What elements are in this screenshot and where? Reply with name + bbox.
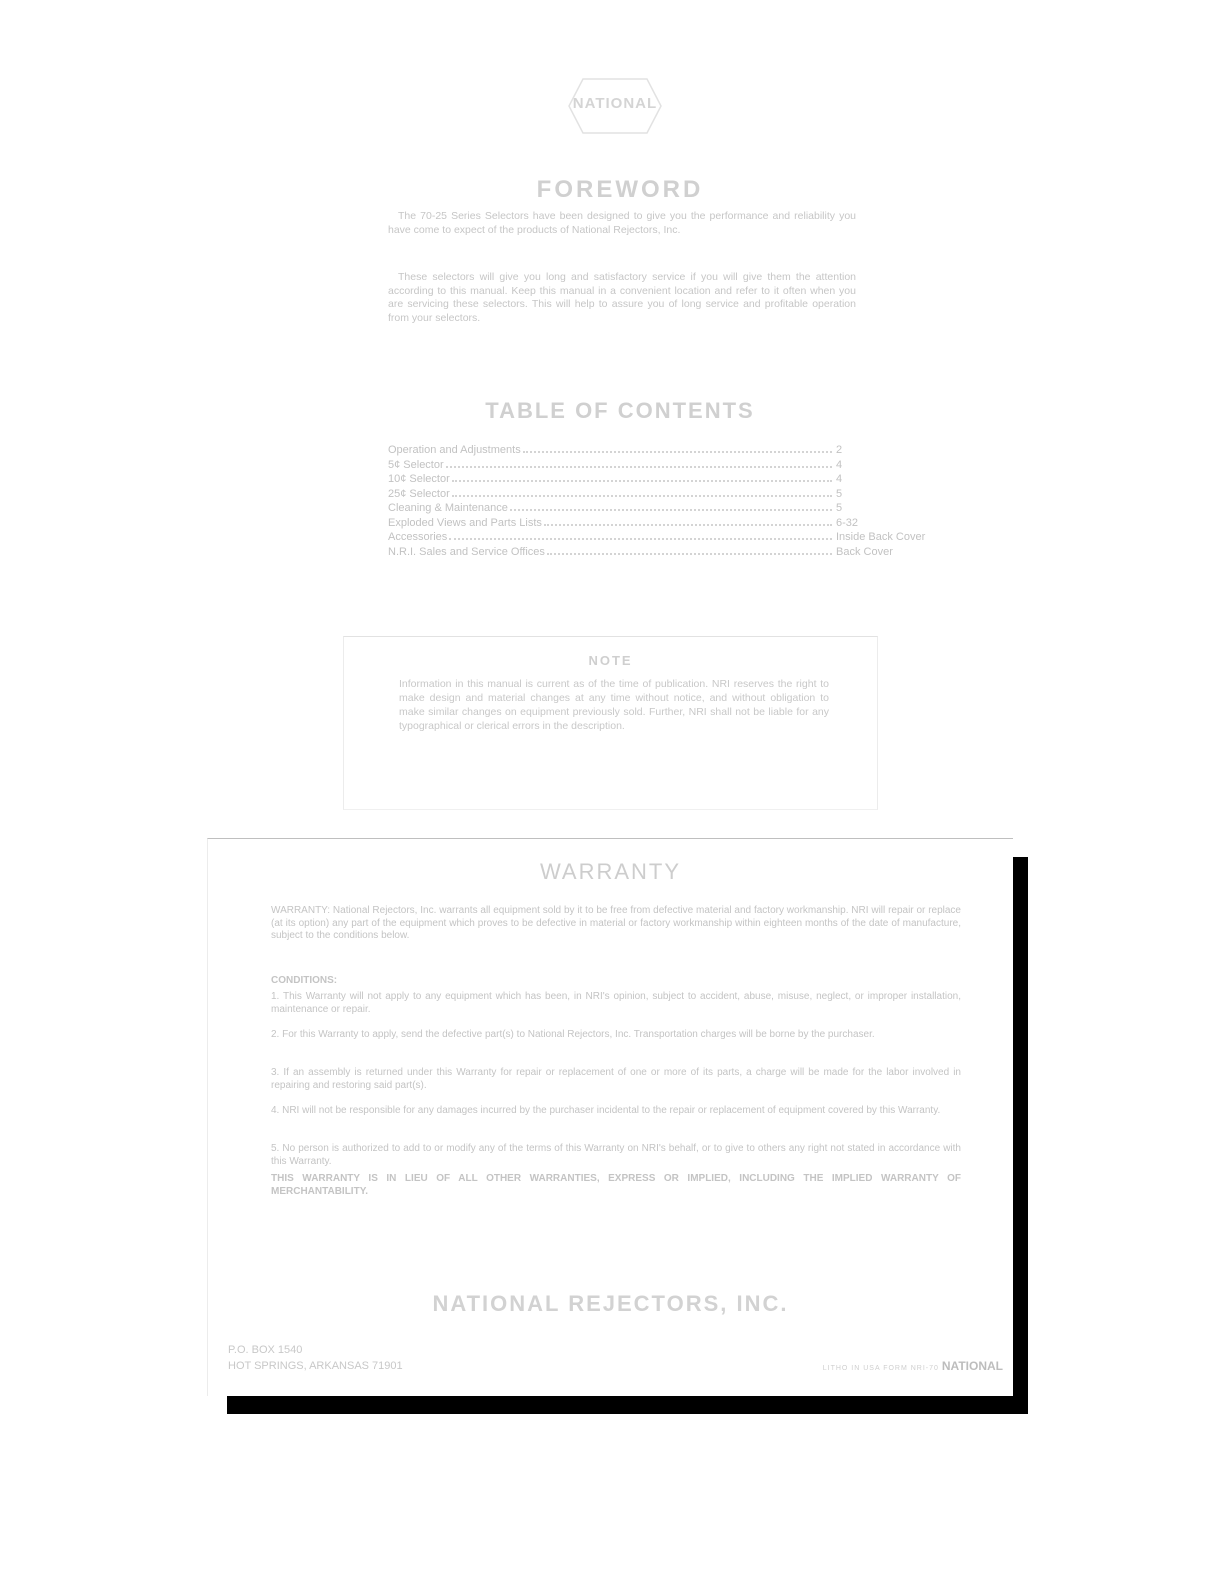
print-note: LITHO IN USA FORM NRI-70 NATIONAL [823, 1359, 1003, 1373]
toc-entry-label: Operation and Adjustments [388, 444, 521, 456]
warranty-title: WARRANTY [208, 859, 1013, 885]
toc-leader-dots [446, 459, 832, 468]
conditions-heading: CONDITIONS: [271, 975, 961, 988]
toc-entry: Exploded Views and Parts Lists6-32 [388, 516, 978, 531]
toc-leader-dots [523, 444, 832, 453]
logo-text: NATIONAL [565, 95, 665, 112]
toc-heading: TABLE OF CONTENTS [380, 398, 860, 424]
condition-5: 5. No person is authorized to add to or … [271, 1143, 961, 1168]
toc-entry-label: Exploded Views and Parts Lists [388, 517, 542, 529]
toc-entry: AccessoriesInside Back Cover [388, 530, 978, 545]
toc-entry-page: Back Cover [836, 546, 893, 558]
toc-entry-label: Cleaning & Maintenance [388, 502, 508, 514]
company-logo: NATIONAL [565, 75, 665, 137]
toc-leader-dots [452, 473, 832, 482]
condition-3: 3. If an assembly is returned under this… [271, 1067, 961, 1092]
toc-entry-page: Inside Back Cover [836, 531, 925, 543]
foreword-paragraph-2: These selectors will give you long and s… [388, 271, 856, 325]
condition-2: 2. For this Warranty to apply, send the … [271, 1029, 961, 1042]
toc-entry-page: 6-32 [836, 517, 858, 529]
toc-entry: Cleaning & Maintenance5 [388, 501, 978, 516]
note-box: NOTE Information in this manual is curre… [343, 636, 878, 810]
condition-4: 4. NRI will not be responsible for any d… [271, 1105, 961, 1118]
note-text: Information in this manual is current as… [399, 677, 829, 733]
warranty-disclaimer: THIS WARRANTY IS IN LIEU OF ALL OTHER WA… [271, 1173, 961, 1198]
toc-entry-page: 5 [836, 502, 842, 514]
foreword-heading: FOREWORD [380, 176, 860, 204]
toc-entry-label: Accessories [388, 531, 447, 543]
toc-entry-label: 25¢ Selector [388, 488, 450, 500]
warranty-intro: WARRANTY: National Rejectors, Inc. warra… [271, 905, 961, 943]
toc-entry: 25¢ Selector5 [388, 487, 978, 502]
toc-entry-page: 4 [836, 473, 842, 485]
toc-leader-dots [547, 546, 832, 555]
company-name: NATIONAL REJECTORS, INC. [208, 1291, 1013, 1317]
toc-leader-dots [544, 517, 832, 526]
toc-entry-page: 5 [836, 488, 842, 500]
address-line-1: P.O. BOX 1540 [228, 1342, 403, 1358]
toc-entry-page: 2 [836, 444, 842, 456]
toc-leader-dots [449, 531, 832, 540]
foreword-paragraph-1: The 70-25 Series Selectors have been des… [388, 210, 856, 237]
toc-entry: N.R.I. Sales and Service OfficesBack Cov… [388, 545, 978, 560]
toc-entry: 5¢ Selector4 [388, 458, 978, 473]
address-line-2: HOT SPRINGS, ARKANSAS 71901 [228, 1358, 403, 1374]
toc-leader-dots [452, 488, 832, 497]
company-address: P.O. BOX 1540 HOT SPRINGS, ARKANSAS 7190… [228, 1342, 403, 1374]
print-note-text: LITHO IN USA FORM NRI-70 [823, 1365, 939, 1372]
toc-leader-dots [510, 502, 832, 511]
note-title: NOTE [344, 653, 877, 668]
toc-entry-label: 10¢ Selector [388, 473, 450, 485]
toc-entry-label: N.R.I. Sales and Service Offices [388, 546, 545, 558]
print-logo: NATIONAL [942, 1359, 1003, 1373]
condition-1: 1. This Warranty will not apply to any e… [271, 991, 961, 1016]
warranty-card: WARRANTY WARRANTY: National Rejectors, I… [207, 838, 1013, 1396]
toc-entry: Operation and Adjustments2 [388, 443, 978, 458]
table-of-contents: Operation and Adjustments25¢ Selector410… [388, 443, 978, 559]
toc-entry-label: 5¢ Selector [388, 459, 444, 471]
toc-entry: 10¢ Selector4 [388, 472, 978, 487]
toc-entry-page: 4 [836, 459, 842, 471]
